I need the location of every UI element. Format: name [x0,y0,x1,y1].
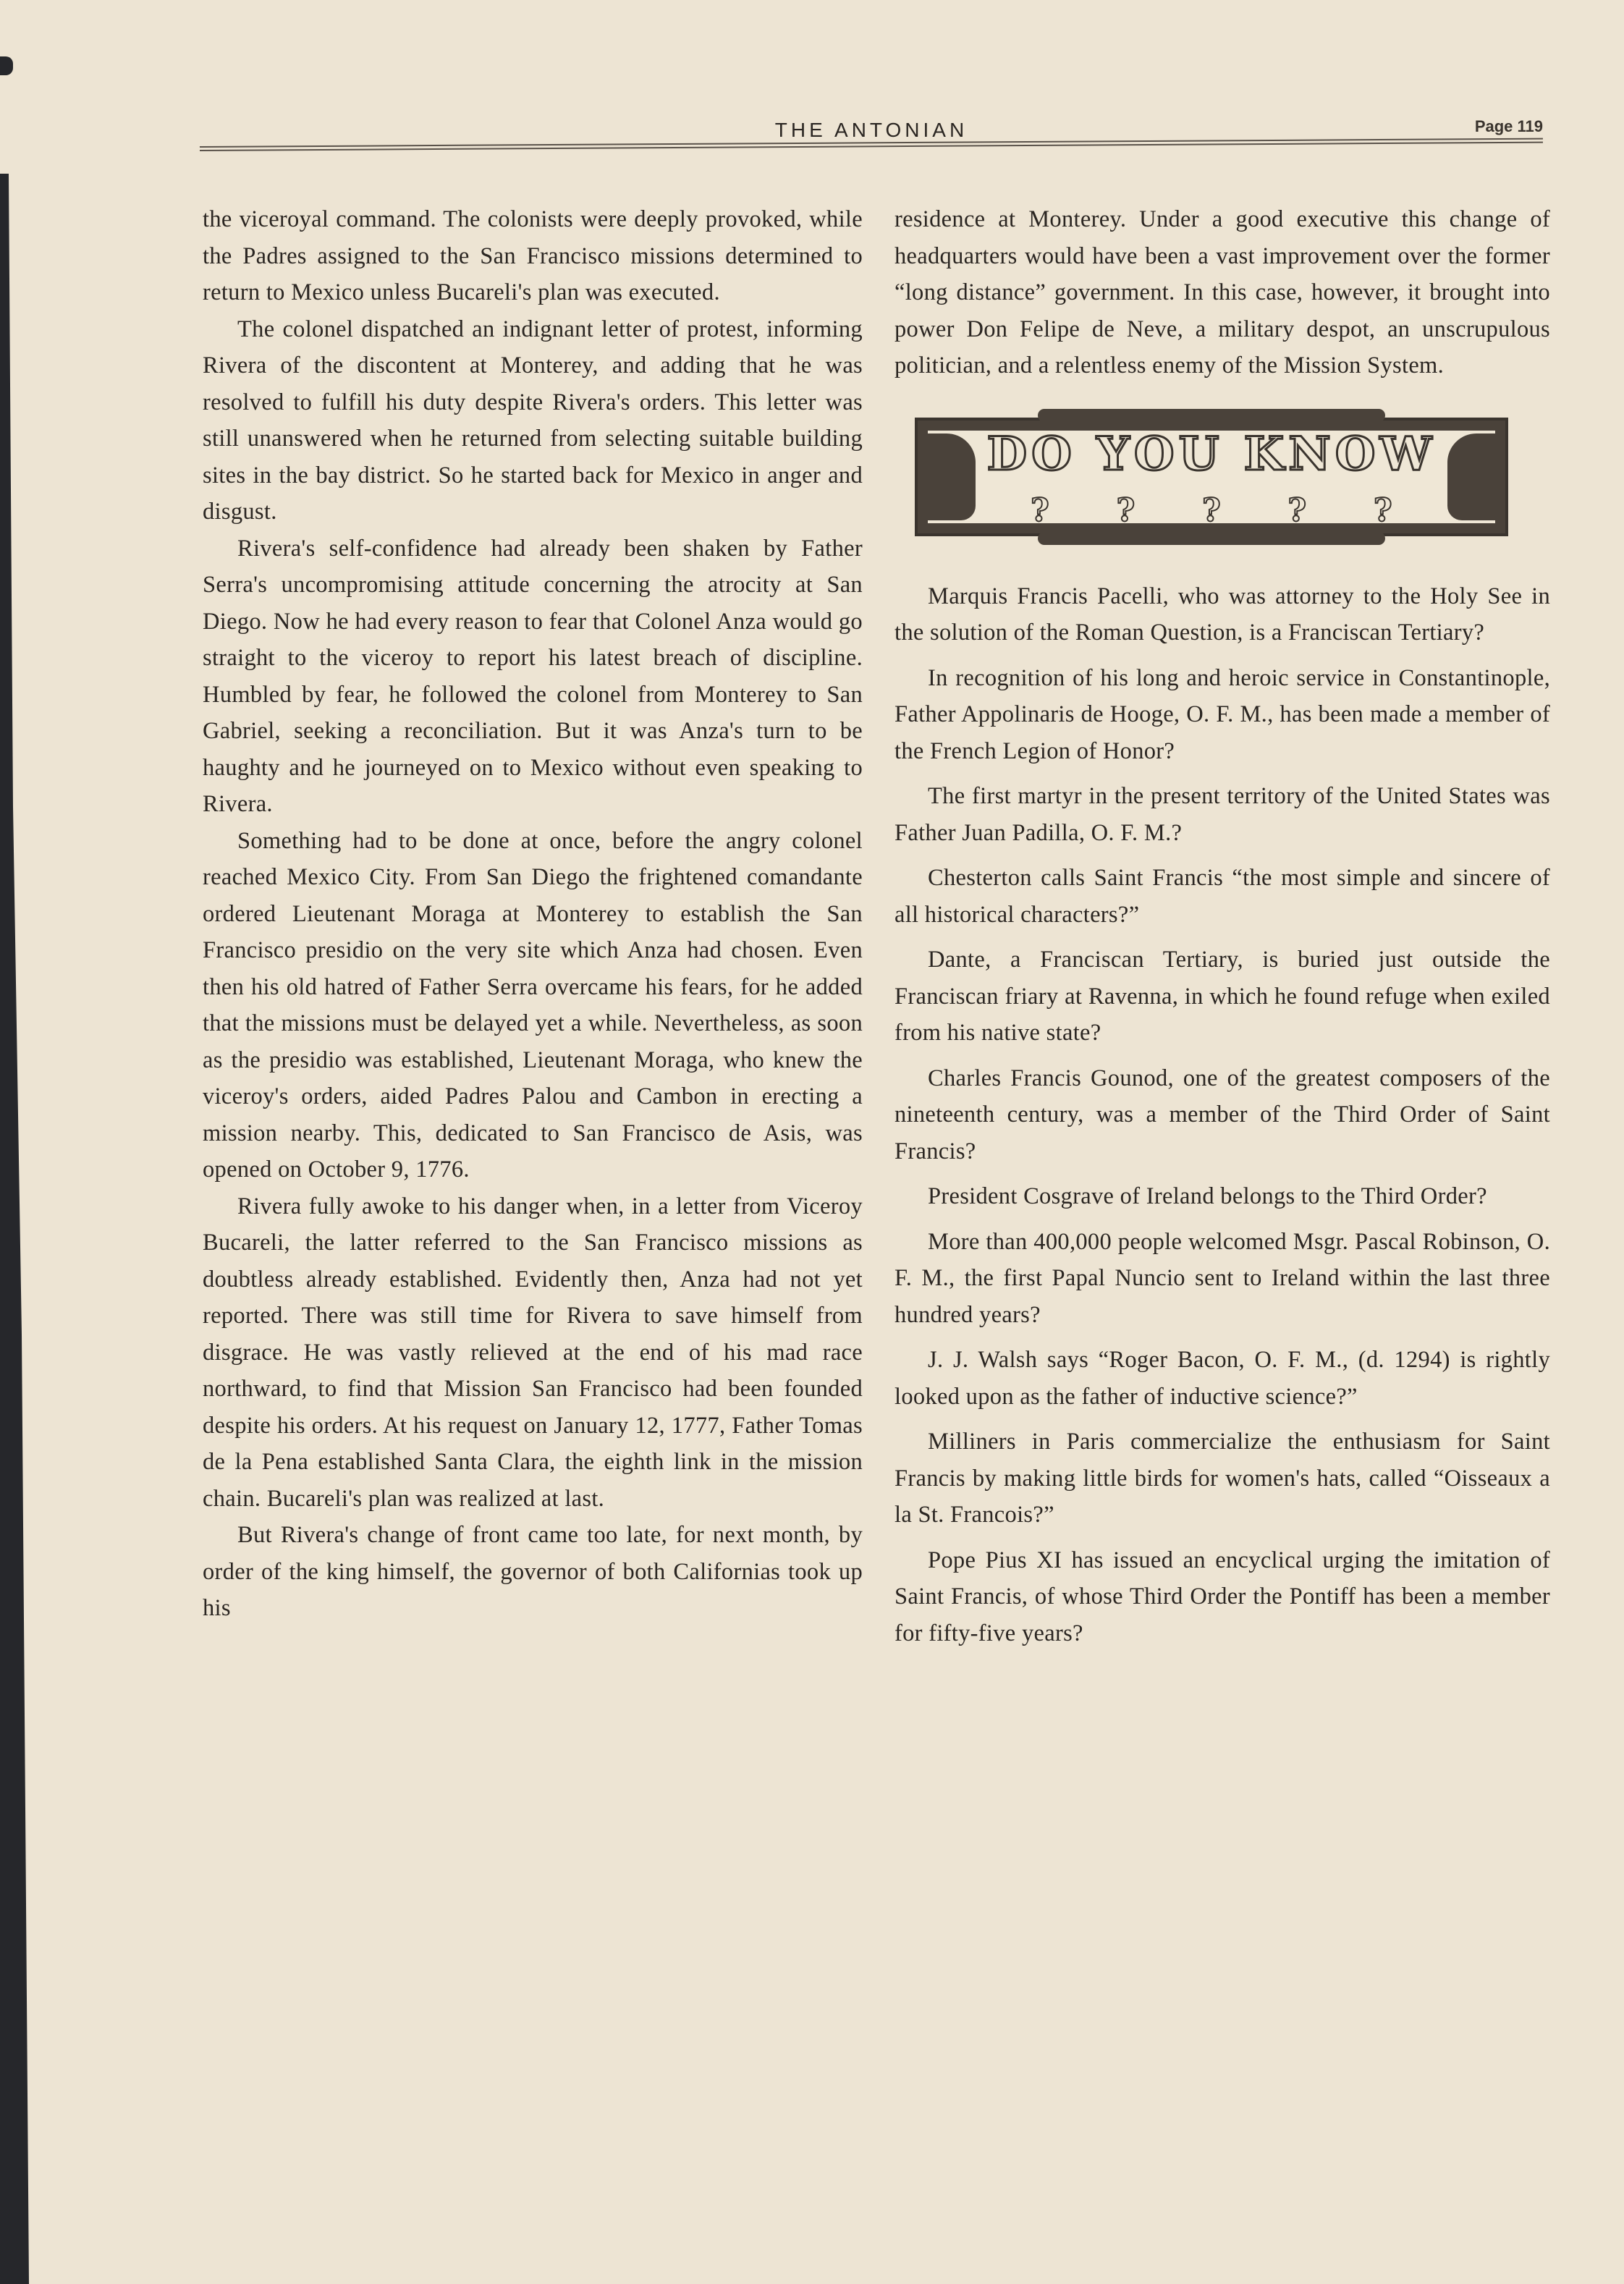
article-continuation: residence at Monterey. Under a good exec… [895,201,1550,384]
article-paragraph: Rivera's self-confidence had already bee… [203,530,863,823]
do-you-know-item: Chesterton calls Saint Francis “the most… [895,860,1550,933]
question-mark-icon: ? [1202,493,1221,530]
do-you-know-banner: DO YOU KNOW ? ? ? ? ? [900,405,1523,549]
article-paragraph: Rivera fully awoke to his danger when, i… [203,1188,863,1518]
do-you-know-list: Marquis Francis Pacelli, who was attorne… [895,578,1550,1652]
article-paragraph: the viceroyal command. The colonists wer… [203,201,863,311]
question-mark-icon: ? [1374,493,1392,530]
do-you-know-item: Pope Pius XI has issued an encyclical ur… [895,1542,1550,1652]
binding-edge [0,174,29,2284]
do-you-know-item: Marquis Francis Pacelli, who was attorne… [895,578,1550,651]
do-you-know-item: J. J. Walsh says “Roger Bacon, O. F. M.,… [895,1342,1550,1415]
banner-title: DO YOU KNOW [900,436,1523,473]
do-you-know-item: The first martyr in the present territor… [895,778,1550,851]
article-paragraph: The colonel dispatched an indignant lett… [203,311,863,530]
page-number: Page 119 [1475,117,1543,136]
banner-question-marks: ? ? ? ? ? [1031,493,1392,530]
banner-scroll-ornament-top [1038,409,1385,422]
do-you-know-item: Charles Francis Gounod, one of the great… [895,1060,1550,1170]
do-you-know-item: Milliners in Paris commercialize the ent… [895,1424,1550,1534]
left-column-article: the viceroyal command. The colonists wer… [203,201,863,1627]
question-mark-icon: ? [1287,493,1306,530]
page-header: THE ANTONIAN Page 119 [200,116,1543,159]
article-paragraph: Something had to be done at once, before… [203,823,863,1188]
article-paragraph: But Rivera's change of front came too la… [203,1517,863,1627]
do-you-know-item: Dante, a Franciscan Tertiary, is buried … [895,942,1550,1052]
right-column: residence at Monterey. Under a good exec… [895,201,1550,1660]
binding-edge-top [0,56,13,75]
question-mark-icon: ? [1031,493,1049,530]
do-you-know-item: More than 400,000 people welcomed Msgr. … [895,1224,1550,1334]
banner-scroll-ornament-bottom [1038,532,1385,545]
do-you-know-item: President Cosgrave of Ireland belongs to… [895,1178,1550,1215]
journal-title: THE ANTONIAN [200,119,1543,142]
question-mark-icon: ? [1116,493,1135,530]
do-you-know-item: In recognition of his long and heroic se… [895,660,1550,770]
